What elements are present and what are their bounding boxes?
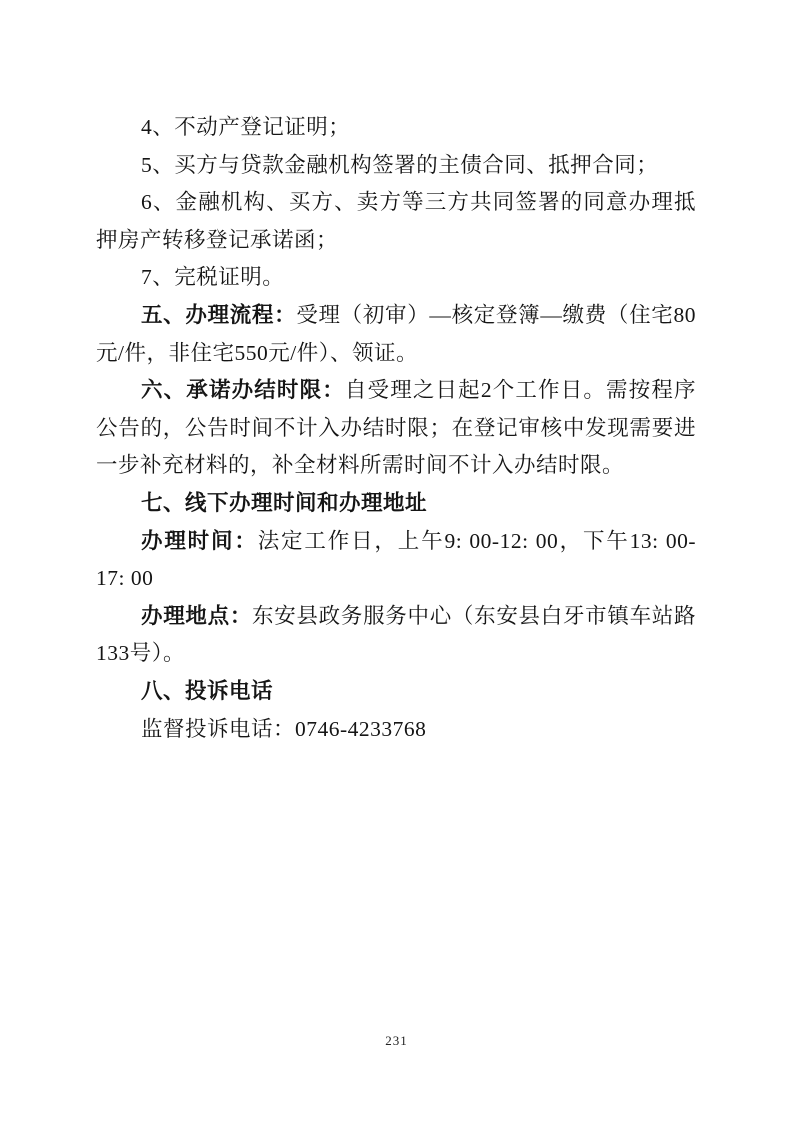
list-item-text: 4、不动产登记证明；: [141, 115, 350, 139]
section-8-heading-text: 八、投诉电话: [141, 679, 273, 703]
list-item-text: 7、完税证明。: [141, 265, 284, 289]
list-item-4: 4、不动产登记证明；: [96, 109, 696, 147]
list-item-text: 5、买方与贷款金融机构签署的主债合同、抵押合同；: [141, 153, 658, 177]
section-7-heading-text: 七、线下办理时间和办理地址: [141, 491, 427, 515]
office-hours-label: 办理时间：: [141, 529, 258, 553]
list-item-7: 7、完税证明。: [96, 259, 696, 297]
office-location-label: 办理地点：: [141, 604, 252, 628]
complaint-phone-text: 监督投诉电话：0746-4233768: [141, 717, 426, 741]
list-item-text: 6、金融机构、买方、卖方等三方共同签署的同意办理抵押房产转移登记承诺函；: [96, 190, 696, 252]
list-item-6: 6、金融机构、买方、卖方等三方共同签署的同意办理抵押房产转移登记承诺函；: [96, 184, 696, 259]
complaint-phone: 监督投诉电话：0746-4233768: [96, 711, 696, 749]
page-number: 231: [0, 1033, 793, 1049]
section-8-heading: 八、投诉电话: [96, 673, 696, 711]
section-7-heading: 七、线下办理时间和办理地址: [96, 485, 696, 523]
document-page: 4、不动产登记证明； 5、买方与贷款金融机构签署的主债合同、抵押合同； 6、金融…: [0, 0, 793, 1122]
section-6-deadline: 六、承诺办结时限：自受理之日起2个工作日。需按程序公告的，公告时间不计入办结时限…: [96, 372, 696, 485]
section-5-process: 五、办理流程：受理（初审）—核定登簿—缴费（住宅80元/件，非住宅550元/件）…: [96, 297, 696, 372]
list-item-5: 5、买方与贷款金融机构签署的主债合同、抵押合同；: [96, 147, 696, 185]
office-location: 办理地点：东安县政务服务中心（东安县白牙市镇车站路133号）。: [96, 598, 696, 673]
section-6-heading: 六、承诺办结时限：: [141, 378, 345, 402]
document-body: 4、不动产登记证明； 5、买方与贷款金融机构签署的主债合同、抵押合同； 6、金融…: [96, 109, 696, 748]
office-hours: 办理时间：法定工作日，上午9: 00-12: 00，下午13: 00-17: 0…: [96, 523, 696, 598]
section-5-heading: 五、办理流程：: [141, 303, 296, 327]
